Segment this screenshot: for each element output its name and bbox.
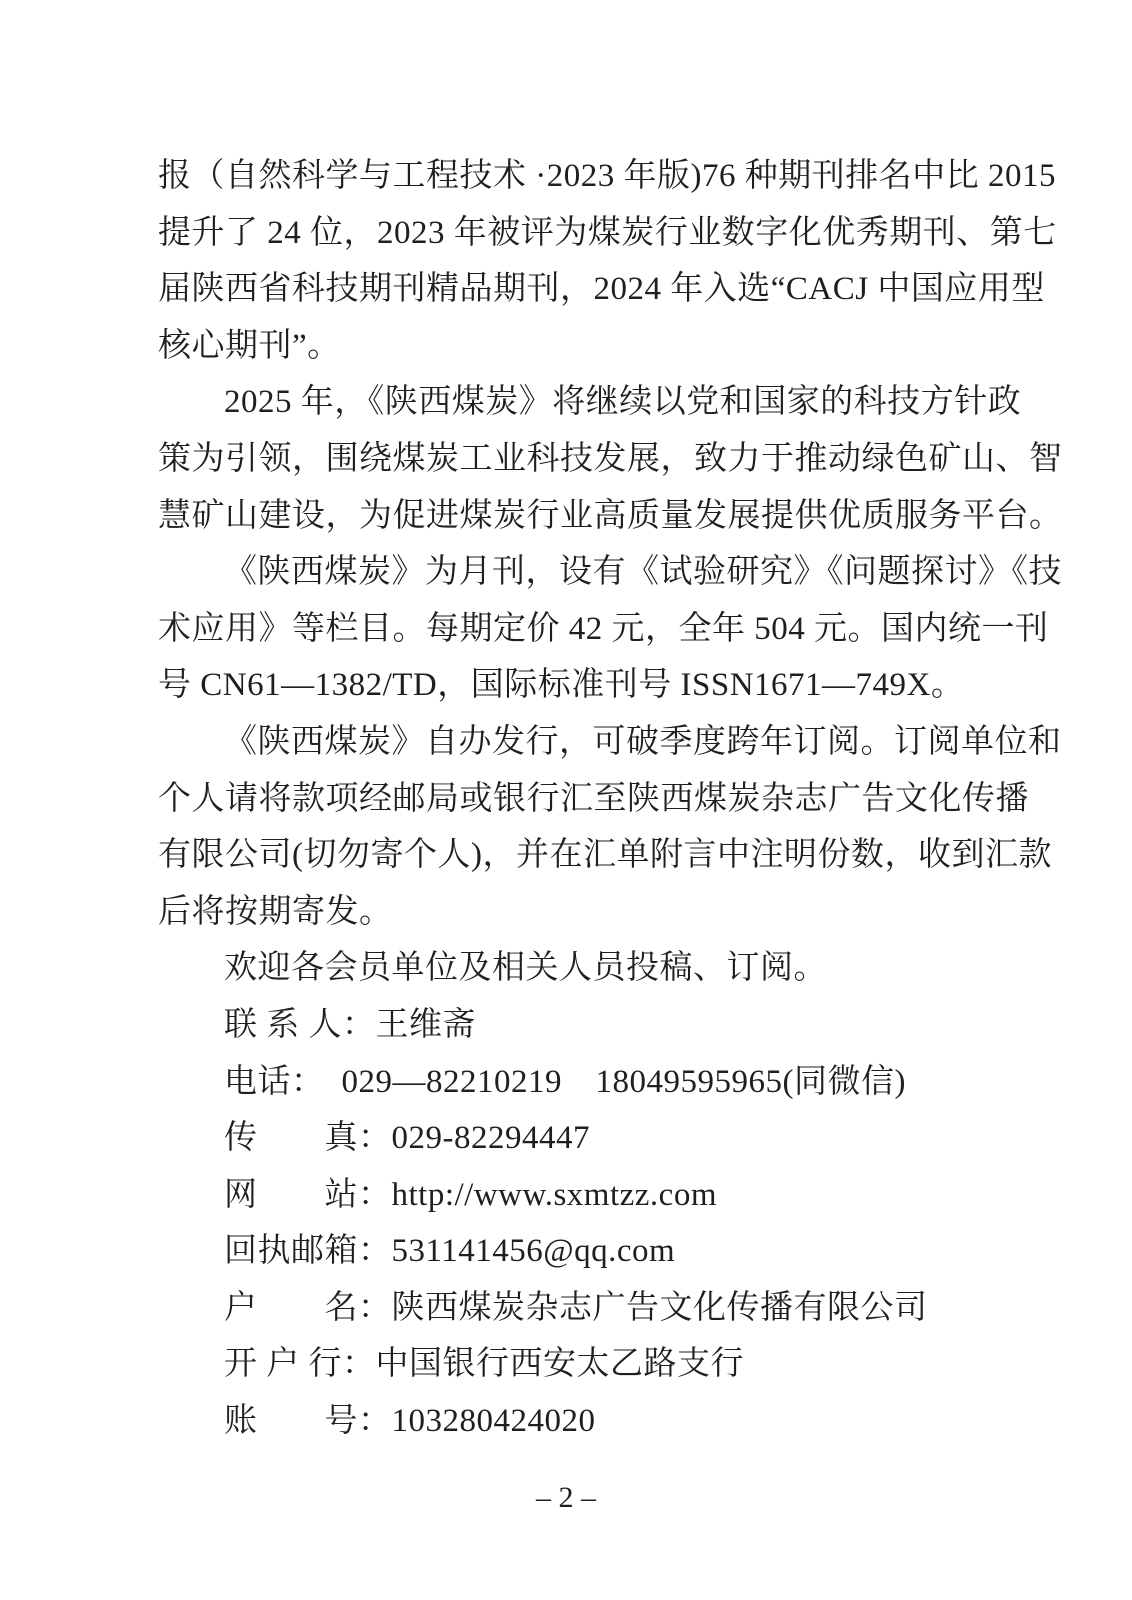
text-line: 提升了 24 位，2023 年被评为煤炭行业数字化优秀期刊、第七 [158,205,984,262]
text-line: 号 CN61—1382/TD，国际标准刊号 ISSN1671—749X。 [158,657,984,714]
fax-line: 传 真：029-82294447 [158,1110,984,1167]
contact-person-line: 联 系 人：王维斋 [158,997,984,1054]
page-number: – 2 – [0,1470,1132,1526]
text-line: 后将按期寄发。 [158,884,984,941]
phone-line: 电话： 029—82210219 18049595965(同微信) [158,1054,984,1111]
document-body: 报（自然科学与工程技术 ·2023 年版)76 种期刊排名中比 2015 提升了… [158,148,984,1450]
text-line: 届陕西省科技期刊精品期刊，2024 年入选“CACJ 中国应用型 [158,261,984,318]
document-page: 报（自然科学与工程技术 ·2023 年版)76 种期刊排名中比 2015 提升了… [0,0,1132,1600]
text-line: 《陕西煤炭》自办发行，可破季度跨年订阅。订阅单位和 [158,714,984,771]
account-name-line: 户 名：陕西煤炭杂志广告文化传播有限公司 [158,1280,984,1337]
text-line: 慧矿山建设，为促进煤炭行业高质量发展提供优质服务平台。 [158,488,984,545]
text-line: 欢迎各会员单位及相关人员投稿、订阅。 [158,940,984,997]
text-line: 《陕西煤炭》为月刊，设有《试验研究》《问题探讨》《技 [158,544,984,601]
text-line: 策为引领，围绕煤炭工业科技发展，致力于推动绿色矿山、智 [158,431,984,488]
text-line: 术应用》等栏目。每期定价 42 元，全年 504 元。国内统一刊 [158,601,984,658]
text-line: 有限公司(切勿寄个人)，并在汇单附言中注明份数，收到汇款 [158,827,984,884]
text-line: 2025 年，《陕西煤炭》将继续以党和国家的科技方针政 [158,374,984,431]
bank-line: 开 户 行：中国银行西安太乙路支行 [158,1336,984,1393]
text-line: 核心期刊”。 [158,318,984,375]
website-line: 网 站：http://www.sxmtzz.com [158,1167,984,1224]
receipt-email-line: 回执邮箱：531141456@qq.com [158,1223,984,1280]
text-line: 个人请将款项经邮局或银行汇至陕西煤炭杂志广告文化传播 [158,771,984,828]
text-line: 报（自然科学与工程技术 ·2023 年版)76 种期刊排名中比 2015 [158,148,984,205]
account-number-line: 账 号：103280424020 [158,1393,984,1450]
